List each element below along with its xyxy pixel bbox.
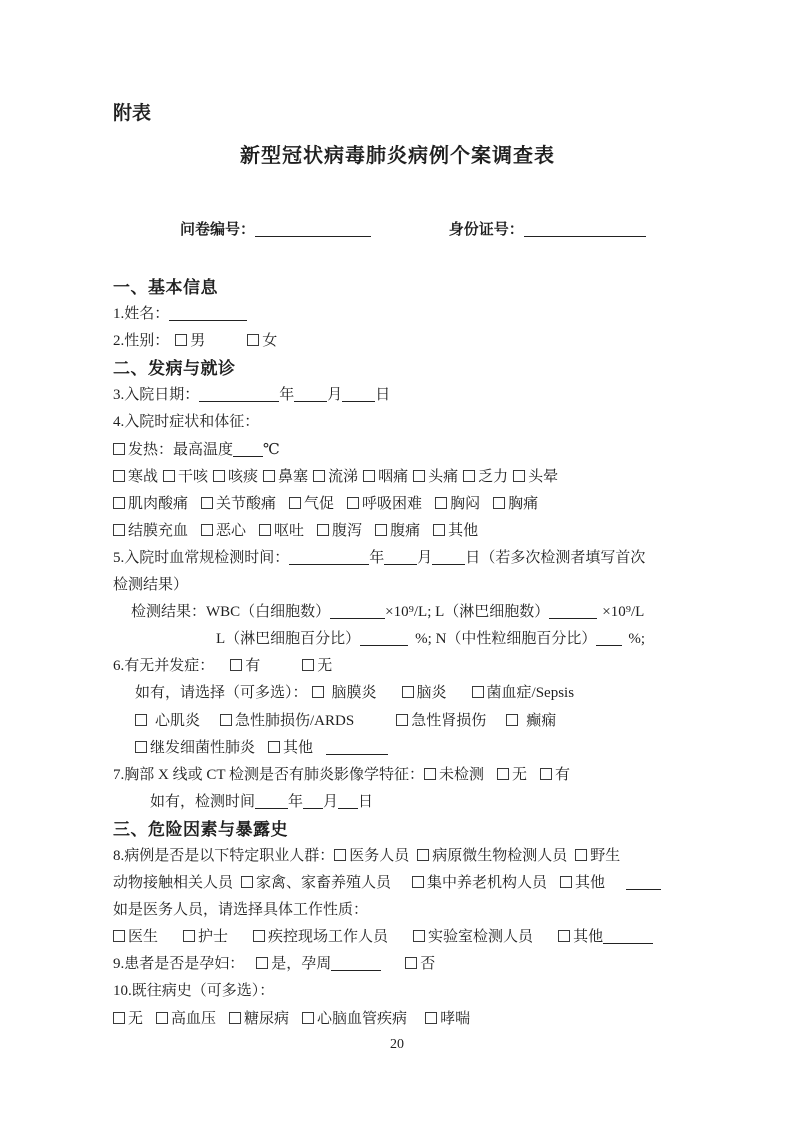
checkbox-label: 其他 (573, 929, 603, 945)
month-unit: 月 (323, 794, 338, 810)
symptom-option[interactable]: 呕吐 (259, 518, 304, 545)
question-6-label: 6.有无并发症： (113, 658, 214, 674)
checkbox-icon[interactable] (347, 497, 359, 509)
checkbox-label: 头痛 (428, 469, 458, 485)
year-unit: 年 (369, 550, 384, 566)
question-2-label: 2.性别： (113, 333, 169, 349)
wbc-unit: ×10⁹/L; L（淋巴细胞数） (385, 604, 549, 620)
medical-staff-option[interactable]: 实验室检测人员 (413, 924, 533, 951)
question-5-result-percent: L（淋巴细胞百分比）%; N（中性粒细胞百分比）%; (113, 626, 682, 653)
celsius-unit: ℃ (263, 442, 280, 458)
month-unit: 月 (327, 387, 342, 403)
checkbox-label: 女 (262, 333, 277, 349)
checkbox-label: 继发细菌性肺炎 (150, 740, 255, 756)
checkbox-label: 有 (555, 767, 570, 783)
symptom-option[interactable]: 腹泻 (317, 518, 362, 545)
checkbox-option-yes[interactable]: 有 (540, 762, 570, 789)
percent-end: %; (628, 631, 645, 647)
question-5-result-wbc: 检测结果：WBC（白细胞数）×10⁹/L; L（淋巴细胞数）×10⁹/L (113, 599, 682, 626)
complication-row-3: 继发细菌性肺炎其他 (113, 735, 682, 762)
checkbox-label: 疾控现场工作人员 (268, 929, 388, 945)
id-number-blank (524, 232, 646, 237)
checkbox-label: 恶心 (216, 523, 246, 539)
checkbox-label: 护士 (198, 929, 228, 945)
result-wbc-label: 检测结果：WBC（白细胞数） (131, 604, 330, 620)
checkbox-label: 鼻塞 (278, 469, 308, 485)
symptom-option[interactable]: 咳痰 (213, 464, 258, 491)
day-unit: 日 (375, 387, 390, 403)
checkbox-icon[interactable] (113, 930, 125, 942)
checkbox-icon[interactable] (417, 849, 429, 861)
symptom-option[interactable]: 结膜充血 (113, 518, 188, 545)
checkbox-option-no[interactable]: 无 (302, 653, 332, 680)
complication-option[interactable]: 心肌炎 (135, 708, 200, 735)
question-4-symptoms: 4.入院时症状和体征： (113, 409, 682, 436)
complication-option[interactable]: 继发细菌性肺炎 (135, 735, 255, 762)
checkbox-label: 发热：最高温度 (128, 442, 233, 458)
checkbox-icon[interactable] (424, 768, 436, 780)
symptom-option[interactable]: 胸痛 (493, 491, 538, 518)
checkbox-icon[interactable] (540, 768, 552, 780)
section-2-heading: 二、发病与就诊 (113, 355, 682, 382)
checkbox-label: 病原微生物检测人员 (432, 848, 567, 864)
day-blank (432, 560, 465, 565)
checkbox-icon[interactable] (575, 849, 587, 861)
symptom-row-3: 结膜充血恶心呕吐腹泻腹痛其他 (113, 518, 682, 545)
checkbox-icon[interactable] (472, 686, 484, 698)
checkbox-label: 急性肾损伤 (411, 713, 486, 729)
checkbox-icon[interactable] (230, 659, 242, 671)
checkbox-label: 干咳 (178, 469, 208, 485)
occupation-option-wildlife[interactable]: 野生 (575, 843, 620, 870)
checkbox-label: 关节酸痛 (216, 496, 276, 512)
checkbox-label: 有 (245, 658, 260, 674)
checkbox-label: 糖尿病 (244, 1011, 289, 1027)
checkbox-label: 头晕 (528, 469, 558, 485)
occupation-option[interactable]: 医务人员 (334, 843, 409, 870)
occupation-option[interactable]: 病原微生物检测人员 (417, 843, 567, 870)
checkbox-icon[interactable] (302, 1012, 314, 1024)
checkbox-icon[interactable] (135, 741, 147, 753)
symptom-option[interactable]: 咽痛 (363, 464, 408, 491)
checkbox-label: 胸痛 (508, 496, 538, 512)
question-5-note2: 检测结果） (113, 577, 188, 593)
month-blank (384, 560, 417, 565)
checkbox-label: 心肌炎 (155, 713, 200, 729)
checkbox-label: 其他 (575, 875, 605, 891)
checkbox-label: 脑炎 (417, 685, 447, 701)
symptom-option[interactable]: 寒战 (113, 464, 158, 491)
checkbox-label: 医生 (128, 929, 158, 945)
checkbox-icon[interactable] (513, 470, 525, 482)
checkbox-label: 其他 (283, 740, 313, 756)
checkbox-label: 咽痛 (378, 469, 408, 485)
symptom-option[interactable]: 关节酸痛 (201, 491, 276, 518)
checkbox-icon[interactable] (375, 524, 387, 536)
medical-staff-row: 医生护士疾控现场工作人员实验室检测人员其他 (113, 924, 682, 951)
checkbox-icon[interactable] (113, 497, 125, 509)
checkbox-icon[interactable] (213, 470, 225, 482)
page-number: 20 (0, 1036, 794, 1054)
checkbox-label: 心脑血管疾病 (317, 1011, 407, 1027)
occupation-option[interactable]: 家禽、家畜养殖人员 (241, 870, 391, 897)
history-option[interactable]: 高血压 (156, 1006, 216, 1033)
question-2-gender: 2.性别：男女 (113, 328, 682, 355)
checkbox-option-male[interactable]: 男 (175, 328, 205, 355)
history-row-1: 无高血压糖尿病心脑血管疾病哮喘 (113, 1006, 682, 1033)
wbc-blank (330, 614, 385, 619)
checkbox-icon[interactable] (268, 741, 280, 753)
checkbox-icon[interactable] (289, 497, 301, 509)
checkbox-icon[interactable] (183, 930, 195, 942)
complication-row-1: 如有，请选择（可多选）：脑膜炎脑炎菌血症/Sepsis (113, 680, 682, 707)
checkbox-option-pregnant-yes[interactable]: 是，孕周 (256, 951, 331, 978)
checkbox-icon[interactable] (163, 470, 175, 482)
question-8-sub-label-row: 如是医务人员，请选择具体工作性质： (113, 897, 682, 924)
symptom-option-other[interactable]: 其他 (433, 518, 478, 545)
checkbox-icon[interactable] (425, 1012, 437, 1024)
lymphocyte-percent-blank (360, 641, 408, 646)
checkbox-icon[interactable] (412, 876, 424, 888)
checkbox-label: 结膜充血 (128, 523, 188, 539)
checkbox-icon[interactable] (402, 686, 414, 698)
day-unit: 日 (358, 794, 373, 810)
checkbox-label: 急性肺损伤/ARDS (235, 713, 354, 729)
checkbox-label: 癫痫 (526, 713, 556, 729)
symptom-option[interactable]: 腹痛 (375, 518, 420, 545)
checkbox-icon[interactable] (156, 1012, 168, 1024)
medical-staff-option-other[interactable]: 其他 (558, 924, 603, 951)
neutrophil-percent-blank (596, 641, 622, 646)
question-8-occupation-wrap: 动物接触相关人员家禽、家畜养殖人员集中养老机构人员其他 (113, 870, 682, 897)
question-4-label: 4.入院时症状和体征： (113, 414, 259, 430)
symptom-option[interactable]: 头痛 (413, 464, 458, 491)
month-unit: 月 (417, 550, 432, 566)
checkbox-icon[interactable] (558, 930, 570, 942)
checkbox-label: 家禽、家畜养殖人员 (256, 875, 391, 891)
checkbox-label: 流涕 (328, 469, 358, 485)
complication-option[interactable]: 急性肺损伤/ARDS (220, 708, 354, 735)
history-option[interactable]: 无 (113, 1006, 143, 1033)
complication-row-2: 心肌炎急性肺损伤/ARDS急性肾损伤癫痫 (113, 708, 682, 735)
fever-option-row: 发热：最高温度℃ (113, 437, 682, 464)
checkbox-label: 呼吸困难 (362, 496, 422, 512)
question-6-complications: 6.有无并发症：有无 (113, 653, 682, 680)
question-3-label: 3.入院日期： (113, 387, 199, 403)
complication-option[interactable]: 脑膜炎 (312, 680, 377, 707)
symptom-row-1: 寒战干咳咳痰鼻塞流涕咽痛头痛乏力头晕 (113, 464, 682, 491)
checkbox-icon[interactable] (175, 334, 187, 346)
checkbox-label: 是，孕周 (271, 956, 331, 972)
checkbox-icon[interactable] (334, 849, 346, 861)
symptom-option[interactable]: 肌肉酸痛 (113, 491, 188, 518)
checkbox-option-yes[interactable]: 有 (230, 653, 260, 680)
question-8-label: 8.病例是否是以下特定职业人群： (113, 848, 334, 864)
checkbox-label: 野生 (590, 848, 620, 864)
checkbox-label: 肌肉酸痛 (128, 496, 188, 512)
checkbox-option-fever[interactable]: 发热：最高温度 (113, 437, 233, 464)
complication-option-other[interactable]: 其他 (268, 735, 313, 762)
medical-staff-option[interactable]: 疾控现场工作人员 (253, 924, 388, 951)
medical-staff-option[interactable]: 医生 (113, 924, 158, 951)
checkbox-icon[interactable] (317, 524, 329, 536)
complication-option[interactable]: 菌血症/Sepsis (472, 680, 575, 707)
year-blank (199, 397, 279, 402)
checkbox-option-not-tested[interactable]: 未检测 (424, 762, 484, 789)
checkbox-icon[interactable] (256, 957, 268, 969)
checkbox-option-pregnant-no[interactable]: 否 (405, 951, 435, 978)
checkbox-icon[interactable] (493, 497, 505, 509)
question-6-sub-label: 如有，请选择（可多选）： (135, 685, 308, 701)
checkbox-icon[interactable] (201, 524, 213, 536)
checkbox-icon[interactable] (463, 470, 475, 482)
appendix-label: 附表 (113, 100, 682, 128)
checkbox-label: 寒战 (128, 469, 158, 485)
checkbox-label: 高血压 (171, 1011, 216, 1027)
symptom-row-2: 肌肉酸痛关节酸痛气促呼吸困难胸闷胸痛 (113, 491, 682, 518)
checkbox-icon[interactable] (201, 497, 213, 509)
symptom-option[interactable]: 恶心 (201, 518, 246, 545)
name-blank (169, 316, 247, 321)
checkbox-label: 医务人员 (349, 848, 409, 864)
symptom-option[interactable]: 鼻塞 (263, 464, 308, 491)
checkbox-icon[interactable] (435, 497, 447, 509)
question-7-sub-date: 如有，检测时间年月日 (113, 789, 682, 816)
checkbox-label: 男 (190, 333, 205, 349)
checkbox-label: 呕吐 (274, 523, 304, 539)
questionnaire-number-label: 问卷编号： (180, 221, 255, 238)
question-5-note: （若多次检测者填写首次 (480, 550, 645, 566)
question-3-admission-date: 3.入院日期：年月日 (113, 382, 682, 409)
other-medical-staff-blank (603, 939, 653, 944)
checkbox-label: 无 (512, 767, 527, 783)
checkbox-icon[interactable] (113, 524, 125, 536)
lymphocyte-blank (549, 614, 597, 619)
lymphocyte-unit: ×10⁹/L (602, 604, 644, 620)
checkbox-icon[interactable] (312, 686, 324, 698)
checkbox-icon[interactable] (247, 334, 259, 346)
checkbox-label: 腹泻 (332, 523, 362, 539)
occupation-option[interactable]: 集中养老机构人员 (412, 870, 547, 897)
questionnaire-number-field: 问卷编号： (180, 222, 371, 238)
questionnaire-number-blank (255, 232, 371, 237)
occupation-wrap-text: 动物接触相关人员 (113, 875, 233, 891)
checkbox-label: 未检测 (439, 767, 484, 783)
checkbox-label: 咳痰 (228, 469, 258, 485)
checkbox-icon[interactable] (220, 714, 232, 726)
checkbox-label: 否 (420, 956, 435, 972)
checkbox-option-no[interactable]: 无 (497, 762, 527, 789)
checkbox-label: 集中养老机构人员 (427, 875, 547, 891)
symptom-option[interactable]: 乏力 (463, 464, 508, 491)
checkbox-icon[interactable] (413, 930, 425, 942)
question-9-pregnancy: 9.患者是否是孕妇：是，孕周否 (113, 951, 682, 978)
checkbox-label: 菌血症/Sepsis (487, 685, 575, 701)
checkbox-label: 腹痛 (390, 523, 420, 539)
checkbox-icon[interactable] (396, 714, 408, 726)
checkbox-icon[interactable] (405, 957, 417, 969)
question-7-sub-label: 如有，检测时间 (150, 794, 255, 810)
question-5-blood-test: 5.入院时血常规检测时间：年月日（若多次检测者填写首次 (113, 545, 682, 572)
checkbox-icon[interactable] (113, 443, 125, 455)
checkbox-label: 脑膜炎 (332, 685, 377, 701)
symptom-option[interactable]: 气促 (289, 491, 334, 518)
question-9-label: 9.患者是否是孕妇： (113, 956, 244, 972)
symptom-option[interactable]: 呼吸困难 (347, 491, 422, 518)
other-complication-blank (326, 750, 388, 755)
checkbox-icon[interactable] (413, 470, 425, 482)
checkbox-label: 哮喘 (440, 1011, 470, 1027)
year-blank (255, 804, 288, 809)
month-blank (294, 397, 327, 402)
complication-option[interactable]: 癫痫 (506, 708, 556, 735)
document-page: 附表 新型冠状病毒肺炎病例个案调查表 问卷编号： 身份证号： 一、基本信息 1.… (0, 0, 794, 1123)
checkbox-icon[interactable] (363, 470, 375, 482)
question-7-imaging: 7.胸部 X 线或 CT 检测是否有肺炎影像学特征：未检测无有 (113, 762, 682, 789)
question-5-label: 5.入院时血常规检测时间： (113, 550, 289, 566)
checkbox-icon[interactable] (113, 470, 125, 482)
checkbox-icon[interactable] (313, 470, 325, 482)
question-7-label: 7.胸部 X 线或 CT 检测是否有肺炎影像学特征： (113, 767, 424, 783)
symptom-option[interactable]: 流涕 (313, 464, 358, 491)
checkbox-label: 乏力 (478, 469, 508, 485)
symptom-option[interactable]: 胸闷 (435, 491, 480, 518)
day-blank (342, 397, 375, 402)
question-1-label: 1.姓名： (113, 306, 169, 322)
checkbox-icon[interactable] (263, 470, 275, 482)
section-1-heading: 一、基本信息 (113, 274, 682, 301)
checkbox-label: 无 (317, 658, 332, 674)
question-8-occupation: 8.病例是否是以下特定职业人群：医务人员病原微生物检测人员野生 (113, 843, 682, 870)
lymphocyte-percent-label: L（淋巴细胞百分比） (216, 631, 360, 647)
id-number-label: 身份证号： (449, 221, 524, 238)
question-10-label: 10.既往病史（可多选）： (113, 983, 274, 999)
month-blank (303, 804, 323, 809)
checkbox-icon[interactable] (433, 524, 445, 536)
document-content: 附表 新型冠状病毒肺炎病例个案调查表 问卷编号： 身份证号： 一、基本信息 1.… (0, 0, 794, 1033)
year-unit: 年 (279, 387, 294, 403)
occupation-option-other[interactable]: 其他 (560, 870, 605, 897)
complication-option[interactable]: 脑炎 (402, 680, 447, 707)
symptom-option[interactable]: 干咳 (163, 464, 208, 491)
checkbox-icon[interactable] (560, 876, 572, 888)
checkbox-label: 胸闷 (450, 496, 480, 512)
question-1-name: 1.姓名： (113, 301, 682, 328)
header-fields-row: 问卷编号： 身份证号： (113, 216, 682, 244)
history-option[interactable]: 心脑血管疾病 (302, 1006, 407, 1033)
id-number-field: 身份证号： (449, 222, 646, 238)
day-blank (338, 804, 358, 809)
checkbox-icon[interactable] (497, 768, 509, 780)
checkbox-icon[interactable] (302, 659, 314, 671)
complication-option[interactable]: 急性肾损伤 (396, 708, 486, 735)
checkbox-label: 其他 (448, 523, 478, 539)
checkbox-label: 无 (128, 1011, 143, 1027)
checkbox-icon[interactable] (241, 876, 253, 888)
checkbox-icon[interactable] (113, 1012, 125, 1024)
checkbox-icon[interactable] (253, 930, 265, 942)
gestation-week-blank (331, 966, 381, 971)
section-3-heading: 三、危险因素与暴露史 (113, 816, 682, 843)
document-title: 新型冠状病毒肺炎病例个案调查表 (113, 142, 682, 170)
year-blank (289, 560, 369, 565)
temperature-blank (233, 452, 263, 457)
checkbox-icon[interactable] (229, 1012, 241, 1024)
checkbox-icon[interactable] (259, 524, 271, 536)
symptom-option[interactable]: 头晕 (513, 464, 558, 491)
history-option[interactable]: 糖尿病 (229, 1006, 289, 1033)
question-10-history-label-row: 10.既往病史（可多选）： (113, 978, 682, 1005)
year-unit: 年 (288, 794, 303, 810)
checkbox-label: 气促 (304, 496, 334, 512)
checkbox-label: 实验室检测人员 (428, 929, 533, 945)
day-unit: 日 (465, 550, 480, 566)
checkbox-icon[interactable] (135, 714, 147, 726)
other-occupation-blank (626, 885, 661, 890)
neutrophil-percent-label: %; N（中性粒细胞百分比） (415, 631, 596, 647)
medical-staff-option[interactable]: 护士 (183, 924, 228, 951)
question-8-sub-label: 如是医务人员，请选择具体工作性质： (113, 902, 368, 918)
checkbox-icon[interactable] (506, 714, 518, 726)
question-5-note-continued: 检测结果） (113, 572, 682, 599)
checkbox-option-female[interactable]: 女 (247, 328, 277, 355)
history-option[interactable]: 哮喘 (425, 1006, 470, 1033)
